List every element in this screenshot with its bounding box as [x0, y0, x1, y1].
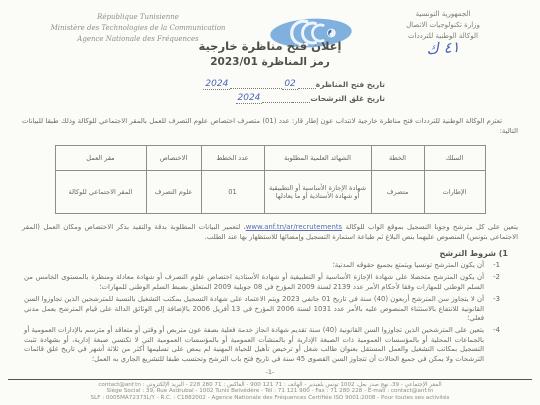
section-title: شروط الترشح	[439, 249, 496, 258]
cell-position: متصرف	[371, 171, 424, 214]
cell-specialty: علوم التصرف	[146, 171, 201, 214]
competition-code: رمز المناظرة 2023/01	[22, 56, 518, 68]
condition-item: 2- أن يكون المترشح متحصلا على شهادة الإج…	[24, 273, 500, 292]
page-footer: المقر الإجتماعي - 39، نهج صدر بعل، 1002 …	[8, 379, 532, 402]
page-number: -1-	[22, 368, 518, 376]
condition-number: 1-	[484, 261, 500, 270]
cell-degrees: شهادة الإجازة الأساسية أو التطبيقية أو ش…	[264, 171, 371, 214]
vacancy-table: السلك الخطة الشهائد العلمية المطلوبة عدد…	[55, 145, 486, 214]
ministry-line-ar: وزارة تكنولوجيات الاتصال	[368, 20, 518, 31]
condition-number: 2-	[484, 273, 500, 292]
col-specialty: الاختصاص	[146, 146, 201, 171]
opening-date-year-handwritten: 2024	[203, 79, 230, 90]
dates-block: تاريخ فتح المناظرة 02 2024 تاريخ غلق الت…	[155, 78, 385, 103]
condition-item: 1- أن يكون المترشح تونسيا ويتمتع بجميع ح…	[24, 261, 500, 270]
condition-text: أن يكون المترشح تونسيا ويتمتع بجميع حقوق…	[24, 261, 484, 270]
condition-text: أن لا يتجاوز سن المترشح أربعون (40) سنة …	[24, 295, 484, 323]
condition-number: 4-	[484, 326, 500, 364]
closing-date-line: تاريخ غلق الترشحات 2024	[155, 92, 385, 103]
closing-date-label: تاريخ غلق الترشحات	[310, 94, 385, 103]
ministry-line-fr: Ministère des Technologies de la Communi…	[22, 23, 254, 34]
col-post-count: عدد الخطط	[201, 146, 264, 171]
dotted-leader	[292, 95, 310, 103]
republic-line-ar: الجمهورية التونسية	[368, 9, 518, 20]
section-number: 1)	[499, 249, 508, 258]
dotted-leader	[298, 81, 316, 89]
registration-website-link[interactable]: www.anf.tn/ar/recrutements	[246, 223, 342, 231]
intro-paragraph: تعتزم الوكالة الوطنية للترددات فتح مناظر…	[22, 116, 518, 136]
opening-date-line: تاريخ فتح المناظرة 02 2024	[155, 78, 385, 89]
col-position: الخطة	[371, 146, 424, 171]
col-workplace: مقر العمل	[55, 146, 146, 171]
republic-line-fr: République Tunisienne	[22, 12, 254, 23]
opening-date-day-handwritten: 02	[282, 79, 297, 90]
scanned-announcement-page: République Tunisienne Ministère des Tech…	[0, 0, 540, 405]
table-header-row: السلك الخطة الشهائد العلمية المطلوبة عدد…	[55, 146, 485, 171]
cell-corps: الإطارات	[424, 171, 485, 214]
footer-legal-info: SLF : 0005MA72373L/Y - R.C. : C1882002 -…	[8, 395, 532, 402]
opening-date-label: تاريخ فتح المناظرة	[316, 80, 385, 89]
registration-paragraph: يتعين على كل مترشح وجوبا التسجيل بموقع ا…	[22, 222, 518, 242]
dotted-leader	[262, 95, 292, 103]
dotted-leader	[230, 81, 282, 89]
table-row: الإطارات متصرف شهادة الإجازة الأساسية أو…	[55, 171, 485, 214]
conditions-section-heading: 1) شروط الترشح	[22, 249, 508, 258]
condition-item: 3- أن لا يتجاوز سن المترشح أربعون (40) س…	[24, 295, 500, 323]
registration-text-before: يتعين على كل مترشح وجوبا التسجيل بموقع ا…	[342, 223, 518, 231]
condition-item: 4- يتعين على المترشحين الذين تجاوزوا الس…	[24, 326, 500, 364]
condition-text: أن يكون المترشح متحصلا على شهادة الإجازة…	[24, 273, 484, 292]
letterhead-arabic: الجمهورية التونسية وزارة تكنولوجيات الات…	[368, 7, 518, 54]
condition-number: 3-	[484, 295, 500, 323]
condition-text: يتعين على المترشحين الذين تجاوزوا السن ا…	[24, 326, 484, 364]
col-degrees: الشهائد العلمية المطلوبة	[264, 146, 371, 171]
cell-post-count: 01	[201, 171, 264, 214]
col-corps: السلك	[424, 146, 485, 171]
closing-date-year-handwritten: 2024	[236, 93, 263, 104]
cell-workplace: المقر الاجتماعي للوكالة	[55, 171, 146, 214]
